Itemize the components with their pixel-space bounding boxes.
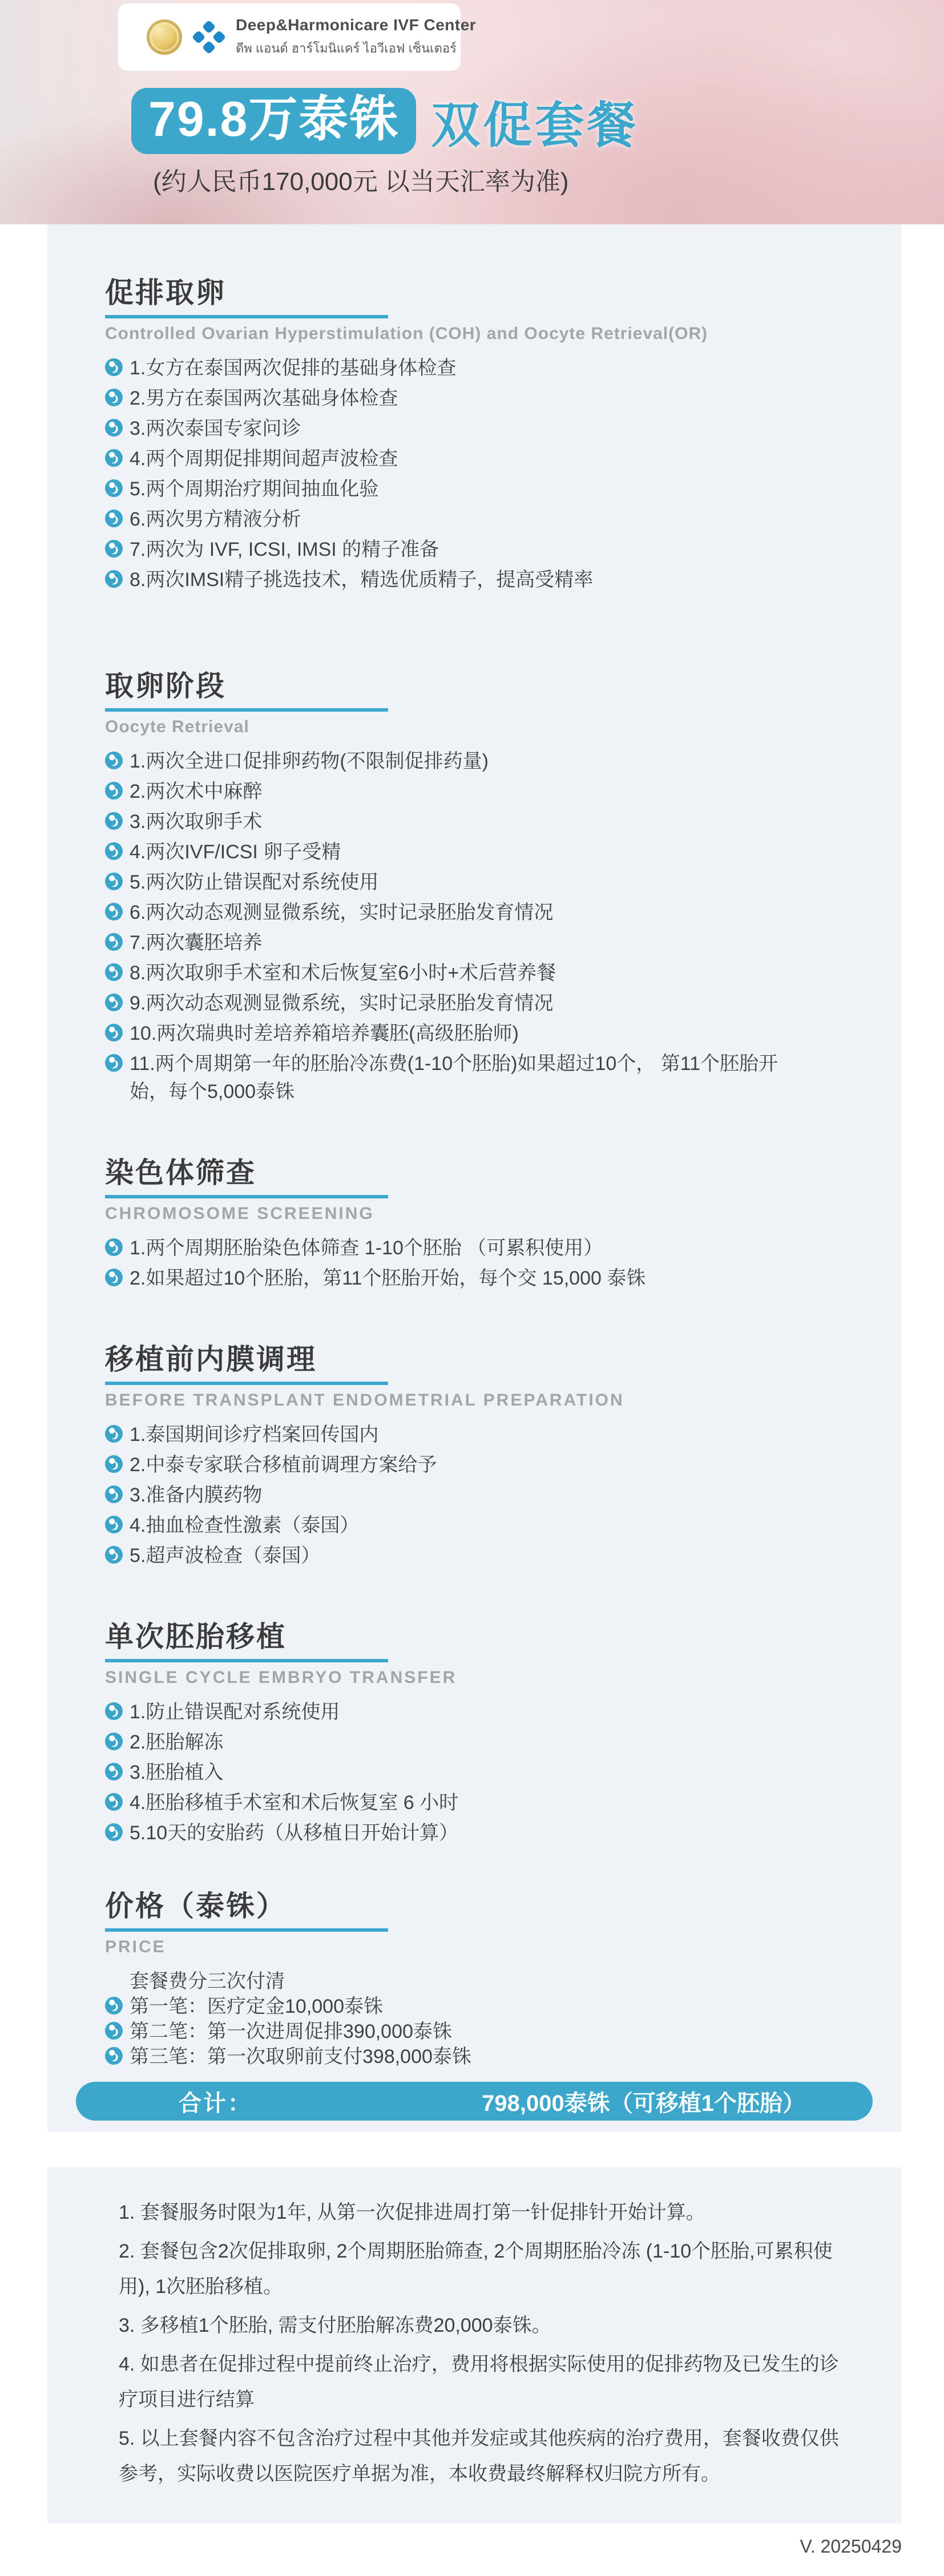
section-items: 1.两个周期胚胎染色体筛查 1-10个胚胎 （可累积使用） 2.如果超过10个胚… [105, 1234, 901, 1293]
package-name: 双促套餐 [431, 86, 639, 156]
list-item-text: 8.两次取卵手术室和术后恢复室6小时+术后营养餐 [130, 959, 556, 987]
fetus-bullet-icon [105, 1793, 123, 1811]
list-item: 2.两次术中麻醉 [105, 778, 901, 806]
list-item-text: 11.两个周期第一年的胚胎冷冻费(1-10个胚胎)如果超过10个， 第11个胚胎… [130, 1050, 792, 1106]
list-item: 3.准备内膜药物 [105, 1481, 901, 1509]
list-item: 6.两次动态观测显微系统，实时记录胚胎发育情况 [105, 899, 901, 927]
list-item-text: 3.准备内膜药物 [130, 1481, 262, 1509]
fetus-bullet-icon [105, 1024, 123, 1041]
list-item-text: 6.两次男方精液分析 [130, 506, 301, 534]
list-item: 1.泰国期间诊疗档案回传国内 [105, 1421, 901, 1449]
list-item: 8.两次IMSI精子挑选技术，精选优质精子，提高受精率 [105, 566, 901, 594]
list-item-text: 4.抽血检查性激素（泰国） [130, 1512, 359, 1540]
list-item-text: 8.两次IMSI精子挑选技术，精选优质精子，提高受精率 [130, 566, 593, 594]
list-item: 4.两次IVF/ICSI 卵子受精 [105, 838, 901, 866]
section-items: 1.泰国期间诊疗档案回传国内 2.中泰专家联合移植前调理方案给予 3.准备内膜药… [105, 1421, 901, 1570]
section-underline [105, 1928, 388, 1932]
list-item-text: 2.胚胎解冻 [130, 1729, 223, 1757]
note-item: 4. 如患者在促排过程中提前终止治疗，费用将根据实际使用的促排药物及已发生的诊疗… [119, 2347, 849, 2417]
list-item-text: 3.两次取卵手术 [130, 808, 262, 836]
section: 染色体筛查 CHROMOSOME SCREENING 1.两个周期胚胎染色体筛查… [105, 1156, 901, 1293]
list-item-text: 套餐费分三次付清 [130, 1968, 285, 1996]
fetus-bullet-icon [105, 479, 123, 497]
fetus-bullet-icon [105, 1455, 123, 1473]
list-item: 6.两次男方精液分析 [105, 506, 901, 534]
note-item: 1. 套餐服务时限为1年, 从第一次促排进周打第一针促排针开始计算。 [119, 2195, 849, 2230]
fetus-bullet-icon [105, 1516, 123, 1533]
section: 移植前内膜调理 BEFORE TRANSPLANT ENDOMETRIAL PR… [105, 1343, 901, 1570]
fetus-bullet-icon [105, 1054, 123, 1072]
list-item: 5.10天的安胎药（从移植日开始计算） [105, 1819, 901, 1847]
list-item: 10.两次瑞典时差培养箱培养囊胚(高级胚胎师) [105, 1020, 901, 1048]
list-item: 第三笔：第一次取卵前支付398,000泰铢 [105, 2043, 901, 2071]
section-underline [105, 1659, 388, 1662]
section-title: 取卵阶段 [105, 669, 901, 702]
content-panel: 促排取卵 Controlled Ovarian Hyperstimulation… [47, 224, 901, 2132]
total-bar: 合计： 798,000泰铢（可移植1个胚胎） [76, 2082, 873, 2121]
list-item: 2.男方在泰国两次基础身体检查 [105, 385, 901, 413]
section-title: 单次胚胎移植 [105, 1620, 901, 1653]
section-items: 1.两次全进口促排卵药物(不限制促排药量) 2.两次术中麻醉 3.两次取卵手术 [105, 748, 901, 1106]
total-label: 合计： [179, 2085, 252, 2118]
total-value: 798,000泰铢（可移植1个胚胎） [482, 2085, 805, 2118]
fetus-bullet-icon [105, 389, 123, 406]
fetus-bullet-icon [105, 540, 123, 558]
list-item: 2.中泰专家联合移植前调理方案给予 [105, 1451, 901, 1479]
hero-subtitle: (约人民币170,000元 以当天汇率为准) [153, 161, 569, 197]
list-item: 1.防止错误配对系统使用 [105, 1698, 901, 1726]
section-subtitle: BEFORE TRANSPLANT ENDOMETRIAL PREPARATIO… [105, 1391, 901, 1410]
fetus-bullet-icon [105, 2022, 123, 2040]
section-title: 促排取卵 [105, 276, 901, 309]
hero-title: 79.8万泰铢 双促套餐 [131, 86, 639, 156]
notes-panel: 1. 套餐服务时限为1年, 从第一次促排进周打第一针促排针开始计算。 2. 套餐… [47, 2167, 901, 2523]
list-item: 3.两次取卵手术 [105, 808, 901, 836]
list-item: 9.两次动态观测显微系统，实时记录胚胎发育情况 [105, 990, 901, 1018]
list-item-text: 10.两次瑞典时差培养箱培养囊胚(高级胚胎师) [130, 1020, 519, 1048]
fetus-bullet-icon [105, 419, 123, 437]
fetus-bullet-icon [105, 449, 123, 467]
list-item-text: 第一笔：医疗定金10,000泰铢 [130, 1993, 383, 2021]
list-item-text: 1.两次全进口促排卵药物(不限制促排药量) [130, 748, 489, 776]
note-item: 3. 多移植1个胚胎, 需支付胚胎解冻费20,000泰铢。 [119, 2308, 849, 2343]
fetus-bullet-icon [105, 1702, 123, 1720]
version-label: V. 20250429 [0, 2523, 944, 2557]
fetus-bullet-icon [105, 1733, 123, 1750]
price-badge: 79.8万泰铢 [131, 88, 416, 154]
fetus-bullet-icon [105, 812, 123, 830]
fetus-bullet-icon [105, 1763, 123, 1780]
fetus-bullet-icon [105, 752, 123, 769]
fetus-bullet-icon [105, 570, 123, 588]
list-item: 第一笔：医疗定金10,000泰铢 [105, 1993, 901, 2021]
list-item-text: 2.男方在泰国两次基础身体检查 [130, 385, 398, 413]
section-items: 套餐费分三次付清 第一笔：医疗定金10,000泰铢 第二笔：第一次进周促排390… [105, 1968, 901, 2071]
list-item: 4.抽血检查性激素（泰国） [105, 1512, 901, 1540]
section-subtitle: CHROMOSOME SCREENING [105, 1204, 901, 1224]
section-underline [105, 1382, 388, 1385]
list-item-text: 5.两次防止错误配对系统使用 [130, 869, 378, 897]
section: 促排取卵 Controlled Ovarian Hyperstimulation… [105, 276, 901, 594]
section-subtitle: PRICE [105, 1937, 901, 1957]
fetus-bullet-icon [105, 1269, 123, 1286]
list-item-text: 6.两次动态观测显微系统，实时记录胚胎发育情况 [130, 899, 553, 927]
list-item-text: 2.如果超过10个胚胎，第11个胚胎开始，每个交 15,000 泰铢 [130, 1265, 646, 1293]
fetus-bullet-icon [105, 1823, 123, 1841]
fetus-bullet-icon [105, 1485, 123, 1503]
list-item: 3.两次泰国专家问诊 [105, 415, 901, 443]
fetus-bullet-icon [105, 1425, 123, 1443]
list-item-text: 4.两个周期促排期间超声波检查 [130, 445, 398, 473]
sections: 促排取卵 Controlled Ovarian Hyperstimulation… [105, 276, 901, 2071]
list-item: 4.两个周期促排期间超声波检查 [105, 445, 901, 473]
list-item-text: 5.10天的安胎药（从移植日开始计算） [130, 1819, 458, 1847]
list-item: 2.胚胎解冻 [105, 1729, 901, 1757]
fetus-bullet-icon [105, 782, 123, 800]
section-subtitle: SINGLE CYCLE EMBRYO TRANSFER [105, 1668, 901, 1687]
fetus-bullet-icon [105, 933, 123, 951]
brand-name-en: Deep&Harmonicare IVF Center [236, 16, 476, 34]
list-item: 1.两次全进口促排卵药物(不限制促排药量) [105, 748, 901, 776]
list-item: 5.两个周期治疗期间抽血化验 [105, 475, 901, 503]
list-item-text: 5.两个周期治疗期间抽血化验 [130, 475, 378, 503]
section: 价格（泰铢） PRICE 套餐费分三次付清 第一笔：医疗定金10,000泰铢 [105, 1889, 901, 2071]
list-item: 第二笔：第一次进周促排390,000泰铢 [105, 2018, 901, 2046]
section-title: 价格（泰铢） [105, 1889, 901, 1923]
list-item: 5.超声波检查（泰国） [105, 1542, 901, 1570]
fetus-bullet-icon [105, 994, 123, 1011]
list-item: 2.如果超过10个胚胎，第11个胚胎开始，每个交 15,000 泰铢 [105, 1265, 901, 1293]
list-item-text: 1.女方在泰国两次促排的基础身体检查 [130, 354, 456, 382]
section-underline [105, 315, 388, 318]
section-underline [105, 1195, 388, 1198]
list-item: 8.两次取卵手术室和术后恢复室6小时+术后营养餐 [105, 959, 901, 987]
hero-photo: Deep&Harmonicare IVF Center ดีพ แอนด์ ฮา… [0, 0, 944, 224]
note-item: 5. 以上套餐内容不包含治疗过程中其他并发症或其他疾病的治疗费用，套餐收费仅供参… [119, 2421, 849, 2492]
list-item-text: 4.胚胎移植手术室和术后恢复室 6 小时 [130, 1789, 458, 1817]
brand-name-th: ดีพ แอนด์ ฮาร์โมนิแคร์ ไอวีเอฟ เซ็นเตอร์ [236, 38, 476, 58]
list-item-text: 7.两次囊胚培养 [130, 929, 262, 957]
clover-logo-icon [191, 19, 227, 55]
fetus-bullet-icon [105, 903, 123, 920]
list-item: 1.两个周期胚胎染色体筛查 1-10个胚胎 （可累积使用） [105, 1234, 901, 1262]
fetus-bullet-icon [105, 510, 123, 527]
list-item-text: 1.泰国期间诊疗档案回传国内 [130, 1421, 378, 1449]
fetus-bullet-icon [105, 1546, 123, 1564]
list-item: 1.女方在泰国两次促排的基础身体检查 [105, 354, 901, 382]
list-item: 套餐费分三次付清 [105, 1968, 901, 1996]
list-item-text: 1.防止错误配对系统使用 [130, 1698, 340, 1726]
list-item-text: 5.超声波检查（泰国） [130, 1542, 320, 1570]
section-items: 1.女方在泰国两次促排的基础身体检查 2.男方在泰国两次基础身体检查 3.两次泰… [105, 354, 901, 594]
fetus-bullet-icon [105, 1238, 123, 1256]
section-title: 染色体筛查 [105, 1156, 901, 1189]
list-item: 7.两次囊胚培养 [105, 929, 901, 957]
list-item-text: 第二笔：第一次进周促排390,000泰铢 [130, 2018, 452, 2046]
list-item: 4.胚胎移植手术室和术后恢复室 6 小时 [105, 1789, 901, 1817]
list-item-text: 2.两次术中麻醉 [130, 778, 262, 806]
list-item-text: 3.胚胎植入 [130, 1759, 223, 1787]
fetus-bullet-icon [105, 1997, 123, 2014]
list-item: 3.胚胎植入 [105, 1759, 901, 1787]
list-item-text: 9.两次动态观测显微系统，实时记录胚胎发育情况 [130, 990, 553, 1018]
list-item-text: 7.两次为 IVF, ICSI, IMSI 的精子准备 [130, 536, 439, 564]
list-item-text: 第三笔：第一次取卵前支付398,000泰铢 [130, 2043, 471, 2071]
fetus-bullet-icon [105, 963, 123, 981]
clinic-logo-card: Deep&Harmonicare IVF Center ดีพ แอนด์ ฮา… [118, 3, 461, 71]
section-items: 1.防止错误配对系统使用 2.胚胎解冻 3.胚胎植入 [105, 1698, 901, 1847]
fetus-bullet-icon [105, 358, 123, 376]
list-item-text: 4.两次IVF/ICSI 卵子受精 [130, 838, 341, 866]
list-item: 7.两次为 IVF, ICSI, IMSI 的精子准备 [105, 536, 901, 564]
gold-medal-icon [147, 19, 182, 55]
section: 单次胚胎移植 SINGLE CYCLE EMBRYO TRANSFER 1.防止… [105, 1620, 901, 1847]
list-item-text: 2.中泰专家联合移植前调理方案给予 [130, 1451, 437, 1479]
fetus-bullet-icon [105, 842, 123, 860]
section: 取卵阶段 Oocyte Retrieval 1.两次全进口促排卵药物(不限制促排… [105, 669, 901, 1106]
list-item-text: 3.两次泰国专家问诊 [130, 415, 301, 443]
list-item: 5.两次防止错误配对系统使用 [105, 869, 901, 897]
section-title: 移植前内膜调理 [105, 1343, 901, 1376]
section-subtitle: Oocyte Retrieval [105, 717, 901, 737]
fetus-bullet-icon [105, 873, 123, 890]
section-subtitle: Controlled Ovarian Hyperstimulation (COH… [105, 324, 901, 344]
fetus-bullet-icon [105, 2047, 123, 2065]
brand-text: Deep&Harmonicare IVF Center ดีพ แอนด์ ฮา… [236, 16, 476, 58]
list-item: 11.两个周期第一年的胚胎冷冻费(1-10个胚胎)如果超过10个， 第11个胚胎… [105, 1050, 901, 1106]
list-item-text: 1.两个周期胚胎染色体筛查 1-10个胚胎 （可累积使用） [130, 1234, 603, 1262]
section-underline [105, 708, 388, 712]
note-item: 2. 套餐包含2次促排取卵, 2个周期胚胎筛查, 2个周期胚胎冷冻 (1-10个… [119, 2234, 849, 2304]
